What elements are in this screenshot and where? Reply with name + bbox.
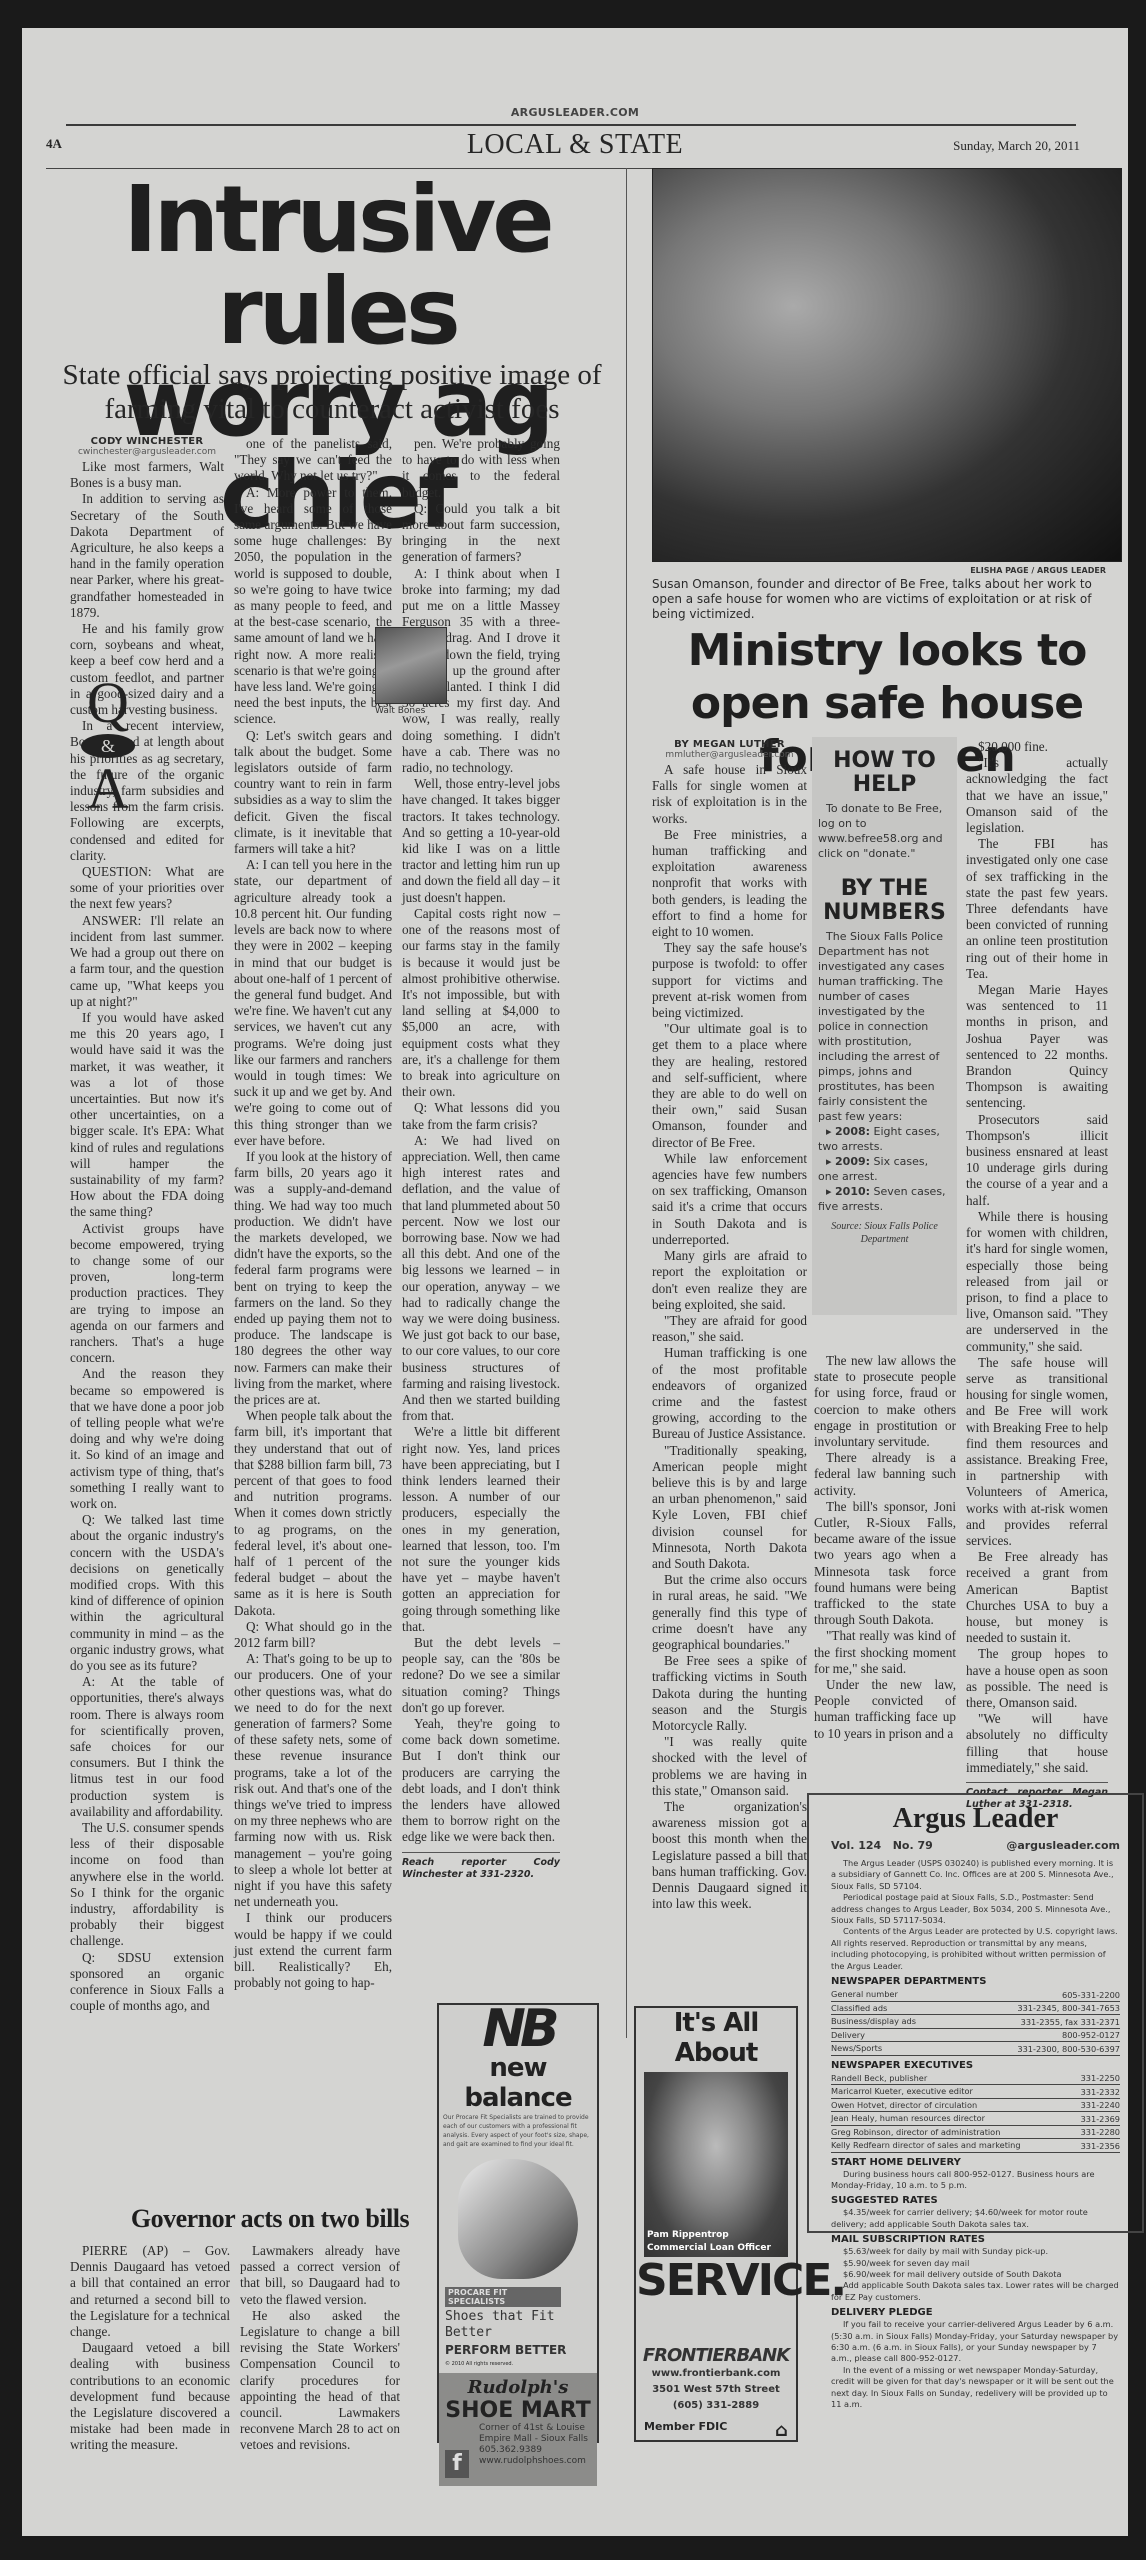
paragraph: Daugaard vetoed a bill dealing with busi… xyxy=(70,2340,230,2453)
ministry-byline: BY MEGAN LUTHER xyxy=(652,739,807,750)
paragraph: $20,000 fine. xyxy=(966,739,1108,755)
paragraph: Q: What lessons did you take from the fa… xyxy=(402,1100,560,1132)
stat-2009: ▸ 2009: Six cases, one arrest. xyxy=(818,1154,951,1184)
paragraph: In addition to serving as Secretary of t… xyxy=(70,491,224,621)
governor-column-2: Lawmakers already have passed a correct … xyxy=(240,2243,400,2454)
newspaper-page: ARGUSLEADER.COM 4A LOCAL & STATE Sunday,… xyxy=(22,28,1128,2536)
ag-byline: CODY WINCHESTER xyxy=(70,436,224,447)
paragraph: pen. We're probably going to have to do … xyxy=(402,436,560,501)
volume: Vol. 124 xyxy=(831,1839,881,1852)
by-the-numbers-title: BY THE NUMBERS xyxy=(818,877,951,925)
ministry-email[interactable]: mmluther@argusleader.com xyxy=(652,750,807,760)
issue-date: Sunday, March 20, 2011 xyxy=(953,138,1080,154)
paragraph: "I was really quite shocked with the lev… xyxy=(652,1734,807,1799)
department-row: News/Sports331-2300, 800-530-6397 xyxy=(831,2042,1120,2056)
ampersand-badge: & xyxy=(81,734,135,758)
header-rule xyxy=(66,124,1076,126)
paragraph: QUESTION: What are some of your prioriti… xyxy=(70,864,224,913)
paragraph: "We will have absolutely no difficulty f… xyxy=(966,1711,1108,1776)
frontier-address: 3501 West 57th Street xyxy=(636,2382,796,2398)
paragraph: The U.S. consumer spends less of their d… xyxy=(70,1820,224,1950)
slogan-perform: PERFORM BETTER xyxy=(445,2343,591,2357)
paragraph: Yeah, they're going to come back down so… xyxy=(402,1716,560,1846)
paragraph: While there is housing for women with ch… xyxy=(966,1209,1108,1355)
executive-row: Kelly Redfearn director of sales and mar… xyxy=(831,2139,1120,2153)
frontier-phone: (605) 331-2889 xyxy=(636,2398,796,2414)
paragraph: If you look at the history of farm bills… xyxy=(234,1149,392,1408)
paragraph: In the event of a missing or wet newspap… xyxy=(831,2365,1120,2411)
paragraph: But the debt levels – people say, can th… xyxy=(402,1635,560,1716)
equal-housing-icon: ⌂ xyxy=(775,2420,788,2441)
stat-2008: ▸ 2008: Eight cases, two arrests. xyxy=(818,1124,951,1154)
paragraph: ANSWER: I'll relate an incident from las… xyxy=(70,913,224,1010)
paragraph: A safe house in Sioux Falls for single w… xyxy=(652,762,807,827)
paragraph: $6.90/week for mail delivery outside of … xyxy=(831,2269,1120,2280)
procare-label: PROCARE FIT SPECIALISTS xyxy=(445,2287,561,2307)
masthead-box: Argus Leader Vol. 124 No. 79 @argusleade… xyxy=(807,1793,1144,2233)
paragraph: Well, those entry-level jobs have change… xyxy=(402,776,560,906)
executive-row: Jean Healy, human resources director331-… xyxy=(831,2112,1120,2126)
ag-tagline: Reach reporter Cody Winchester at 331-23… xyxy=(402,1852,560,1881)
paragraph: Q: Could you talk a bit more about farm … xyxy=(402,501,560,566)
paragraph: Add applicable South Dakota sales tax. L… xyxy=(831,2280,1120,2303)
ag-email[interactable]: cwinchester@argusleader.com xyxy=(70,447,224,457)
sidebar-box: HOW TO HELP To donate to Be Free, log on… xyxy=(812,737,957,1315)
paragraph: I think our producers would be happy if … xyxy=(234,1910,392,1991)
new-balance-name: new balance xyxy=(439,2053,597,2113)
rates-heading: SUGGESTED RATES xyxy=(831,2195,1120,2206)
frontier-bank-ad[interactable]: It's All About Pam Rippentrop Commercial… xyxy=(634,2006,798,2442)
paragraph: They say the safe house's purpose is two… xyxy=(652,940,807,1021)
mail-rates-heading: MAIL SUBSCRIPTION RATES xyxy=(831,2234,1120,2245)
omanson-photo xyxy=(652,168,1122,562)
paragraph: "It's actually acknowledging the fact th… xyxy=(966,755,1108,836)
paragraph: We're a little bit different right now. … xyxy=(402,1424,560,1635)
shoe-mart-name: SHOE MART xyxy=(445,2398,591,2423)
shoe-image xyxy=(458,2159,578,2279)
paragraph: During business hours call 800-952-0127.… xyxy=(831,2169,1120,2192)
paragraph: The Argus Leader (USPS 030240) is publis… xyxy=(831,1858,1120,1892)
walt-bones-mugshot xyxy=(375,627,447,704)
volume-line: Vol. 124 No. 79 @argusleader.com xyxy=(831,1839,1120,1852)
a-letter: A xyxy=(78,760,138,818)
paragraph: If you would have asked me this 20 years… xyxy=(70,1010,224,1221)
paragraph: There already is a federal law banning s… xyxy=(814,1450,956,1499)
photo-cutline: Susan Omanson, founder and director of B… xyxy=(652,577,1122,622)
paragraph: While law enforcement agencies have few … xyxy=(652,1151,807,1248)
paragraph: A: More power to them. I've heard some o… xyxy=(234,485,392,728)
executive-row: Maricarrol Kueter, executive editor331-2… xyxy=(831,2085,1120,2099)
masthead-title: Argus Leader xyxy=(831,1803,1120,1835)
stat-2010: ▸ 2010: Seven cases, five arrests. xyxy=(818,1184,951,1214)
service-text: SERVICE. xyxy=(636,2257,796,2305)
paragraph: "That really was kind of the first shock… xyxy=(814,1628,956,1677)
departments-heading: NEWSPAPER DEPARTMENTS xyxy=(831,1976,1120,1987)
paragraph: Megan Marie Hayes was sentenced to 11 mo… xyxy=(966,982,1108,1112)
mugshot-caption: Walt Bones xyxy=(375,706,425,716)
frontier-website[interactable]: www.frontierbank.com xyxy=(636,2366,796,2382)
ag-deck: State official says projecting positive … xyxy=(52,358,612,426)
rudolphs-block: Rudolph's SHOE MART Corner of 41st & Lou… xyxy=(439,2373,597,2486)
ministry-column-3: $20,000 fine. "It's actually acknowledgi… xyxy=(966,739,1108,1811)
paragraph: PIERRE (AP) – Gov. Dennis Daugaard has v… xyxy=(70,2243,230,2340)
sidebar-source: Source: Sioux Falls Police Department xyxy=(818,1220,951,1246)
ad-copyright: © 2010 All rights reserved. xyxy=(445,2361,591,2367)
photo-credit: ELISHA PAGE / ARGUS LEADER xyxy=(970,566,1106,575)
new-balance-body: Our Procare Fit Specialists are trained … xyxy=(439,2113,597,2149)
paragraph: If you fail to receive your carrier-deli… xyxy=(831,2319,1120,2365)
department-row: Delivery800-952-0127 xyxy=(831,2029,1120,2043)
loan-officer-title: Commercial Loan Officer xyxy=(647,2243,771,2254)
ministry-column-2: The new law allows the state to prosecut… xyxy=(814,1353,956,1742)
site-url: ARGUSLEADER.COM xyxy=(22,106,1128,119)
new-balance-ad[interactable]: NB new balance Our Procare Fit Specialis… xyxy=(437,2003,599,2443)
paragraph: The bill's sponsor, Joni Cutler, R-Sioux… xyxy=(814,1499,956,1629)
paragraph: Under the new law, People convicted of h… xyxy=(814,1677,956,1742)
paragraph: A: We had lived on appreciation. Well, t… xyxy=(402,1133,560,1425)
paragraph: Human trafficking is one of the most pro… xyxy=(652,1345,807,1442)
how-to-help-text: To donate to Be Free, log on to www.befr… xyxy=(818,801,951,861)
home-delivery-heading: START HOME DELIVERY xyxy=(831,2157,1120,2168)
qa-logo: Q & A xyxy=(78,674,138,818)
frontier-footer: Member FDIC ⌂ xyxy=(636,2414,796,2441)
paragraph: Be Free already has received a grant fro… xyxy=(966,1549,1108,1646)
paragraph: Q: What should go in the 2012 farm bill? xyxy=(234,1619,392,1651)
paragraph: one of the panelists said, "They say we … xyxy=(234,436,392,485)
paragraph: Many girls are afraid to report the expl… xyxy=(652,1248,807,1313)
paragraph: Q: Let's switch gears and talk about the… xyxy=(234,728,392,858)
fdic-logo: Member FDIC xyxy=(644,2420,727,2441)
paragraph: "They are afraid for good reason," she s… xyxy=(652,1313,807,1345)
loan-officer-name: Pam Rippentrop xyxy=(647,2230,729,2241)
department-row: General number605-331-2200 xyxy=(831,1988,1120,2002)
paragraph: The group hopes to have a house open as … xyxy=(966,1646,1108,1711)
paragraph: A: I can tell you here in the state, our… xyxy=(234,857,392,1149)
paragraph: And the reason they became so empowered … xyxy=(70,1366,224,1512)
facebook-icon[interactable]: f xyxy=(445,2450,469,2478)
slogan-fit: Shoes that Fit Better xyxy=(445,2309,591,2341)
governor-headline: Governor acts on two bills xyxy=(100,2204,440,2234)
executives-heading: NEWSPAPER EXECUTIVES xyxy=(831,2060,1120,2071)
executive-row: Greg Robinson, director of administratio… xyxy=(831,2126,1120,2140)
paragraph: "Traditionally speaking, American people… xyxy=(652,1443,807,1573)
executive-row: Owen Hotvet, director of circulation331-… xyxy=(831,2099,1120,2113)
issue-number: No. 79 xyxy=(893,1839,933,1852)
paragraph: Like most farmers, Walt Bones is a busy … xyxy=(70,459,224,491)
paragraph: The organization's awareness mission got… xyxy=(652,1799,807,1912)
ag-column-2: one of the panelists said, "They say we … xyxy=(234,436,392,1992)
paragraph: The new law allows the state to prosecut… xyxy=(814,1353,956,1450)
paragraph: Be Free sees a spike of trafficking vict… xyxy=(652,1653,807,1734)
paragraph: Activist groups have become empowered, t… xyxy=(70,1221,224,1367)
paragraph: Q: SDSU extension sponsored an organic c… xyxy=(70,1950,224,2015)
new-balance-logo: NB xyxy=(439,2005,597,2053)
paragraph: Contents of the Argus Leader are protect… xyxy=(831,1926,1120,1972)
paragraph: When people talk about the farm bill, it… xyxy=(234,1408,392,1619)
governor-column-1: PIERRE (AP) – Gov. Dennis Daugaard has v… xyxy=(70,2243,230,2454)
paragraph: A: At the table of opportunities, there'… xyxy=(70,1674,224,1820)
paragraph: Prosecutors said Thompson's illicit busi… xyxy=(966,1112,1108,1209)
q-letter: Q xyxy=(78,674,138,732)
frontier-logo: FRONTIERBANK xyxy=(636,2345,796,2366)
loan-officer-photo: Pam Rippentrop Commercial Loan Officer xyxy=(644,2072,788,2257)
paragraph: A: That's going to be up to our producer… xyxy=(234,1651,392,1910)
by-the-numbers-text: The Sioux Falls Police Department has no… xyxy=(818,929,951,1124)
paragraph: Q: We talked last time about the organic… xyxy=(70,1512,224,1674)
ministry-column-1: BY MEGAN LUTHER mmluther@argusleader.com… xyxy=(652,739,807,1912)
paragraph: Lawmakers already have passed a correct … xyxy=(240,2243,400,2308)
paragraph: $5.63/week for daily by mail with Sunday… xyxy=(831,2246,1120,2257)
paragraph: Periodical postage paid at Sioux Falls, … xyxy=(831,1892,1120,1926)
twitter-handle[interactable]: @argusleader.com xyxy=(1006,1839,1120,1852)
department-row: Classified ads331-2345, 800-341-7653 xyxy=(831,2002,1120,2016)
store-address-1: Corner of 41st & Louise xyxy=(445,2423,591,2434)
pledge-heading: DELIVERY PLEDGE xyxy=(831,2307,1120,2318)
rudolphs-script: Rudolph's xyxy=(445,2377,591,2398)
column-divider xyxy=(626,168,627,2038)
store-address-2: Empire Mall - Sioux Falls xyxy=(445,2434,591,2445)
paragraph: $5.90/week for seven day mail xyxy=(831,2258,1120,2269)
paragraph: But the crime also occurs in rural areas… xyxy=(652,1572,807,1653)
paragraph: The safe house will serve as transitiona… xyxy=(966,1355,1108,1549)
department-row: Business/display ads331-2355, fax 331-23… xyxy=(831,2015,1120,2029)
executive-row: Randell Beck, publisher331-2250 xyxy=(831,2072,1120,2086)
how-to-help-title: HOW TO HELP xyxy=(818,749,951,797)
paragraph: The FBI has investigated only one case o… xyxy=(966,836,1108,982)
paragraph: Capital costs right now – one of the rea… xyxy=(402,906,560,1100)
paragraph: Be Free ministries, a human trafficking … xyxy=(652,827,807,940)
ag-headline-line1: Intrusive rules xyxy=(52,174,622,358)
frontier-headline: It's All About xyxy=(636,2008,796,2068)
paragraph: He also asked the Legislature to change … xyxy=(240,2308,400,2454)
paragraph: "Our ultimate goal is to get them to a p… xyxy=(652,1021,807,1151)
paragraph: $4.35/week for carrier delivery; $4.60/w… xyxy=(831,2207,1120,2230)
